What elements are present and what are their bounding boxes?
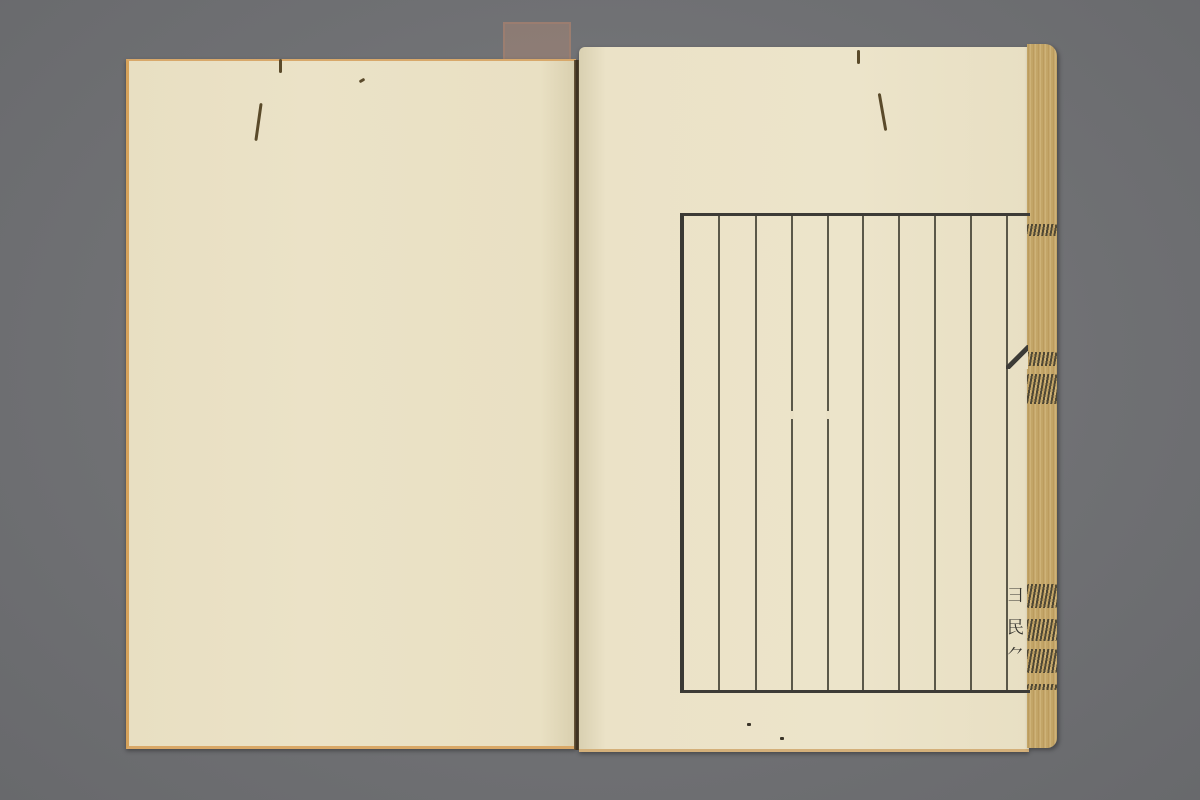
worm-mark (359, 78, 366, 84)
left-page (126, 59, 576, 749)
edge-ink (1027, 374, 1057, 404)
edge-ink (1027, 684, 1057, 690)
column-rule (898, 216, 900, 690)
column-rule (862, 216, 864, 690)
column-rule (934, 216, 936, 690)
column-rule (755, 216, 757, 690)
edge-ink (1027, 619, 1057, 641)
ruled-frame (680, 213, 1030, 693)
partial-glyph: ⺈ (1007, 648, 1024, 665)
column-rule (970, 216, 972, 690)
ink-spot (747, 723, 751, 726)
ink-spot (780, 737, 784, 740)
worm-mark (857, 50, 860, 64)
worm-mark (279, 59, 282, 73)
column-rule (791, 216, 793, 690)
column-rule (827, 216, 829, 690)
partial-glyph: ⺠ (1007, 620, 1024, 637)
column-rule (718, 216, 720, 690)
edge-ink (1027, 584, 1057, 608)
partial-glyph: ⺕ (1007, 588, 1024, 605)
worm-mark (878, 93, 888, 131)
edge-ink (1027, 224, 1057, 236)
fore-edge (1027, 44, 1057, 748)
worm-mark (254, 103, 262, 141)
fish-tail-mark (1006, 345, 1028, 369)
edge-ink (1027, 649, 1057, 673)
edge-ink (1027, 352, 1057, 366)
